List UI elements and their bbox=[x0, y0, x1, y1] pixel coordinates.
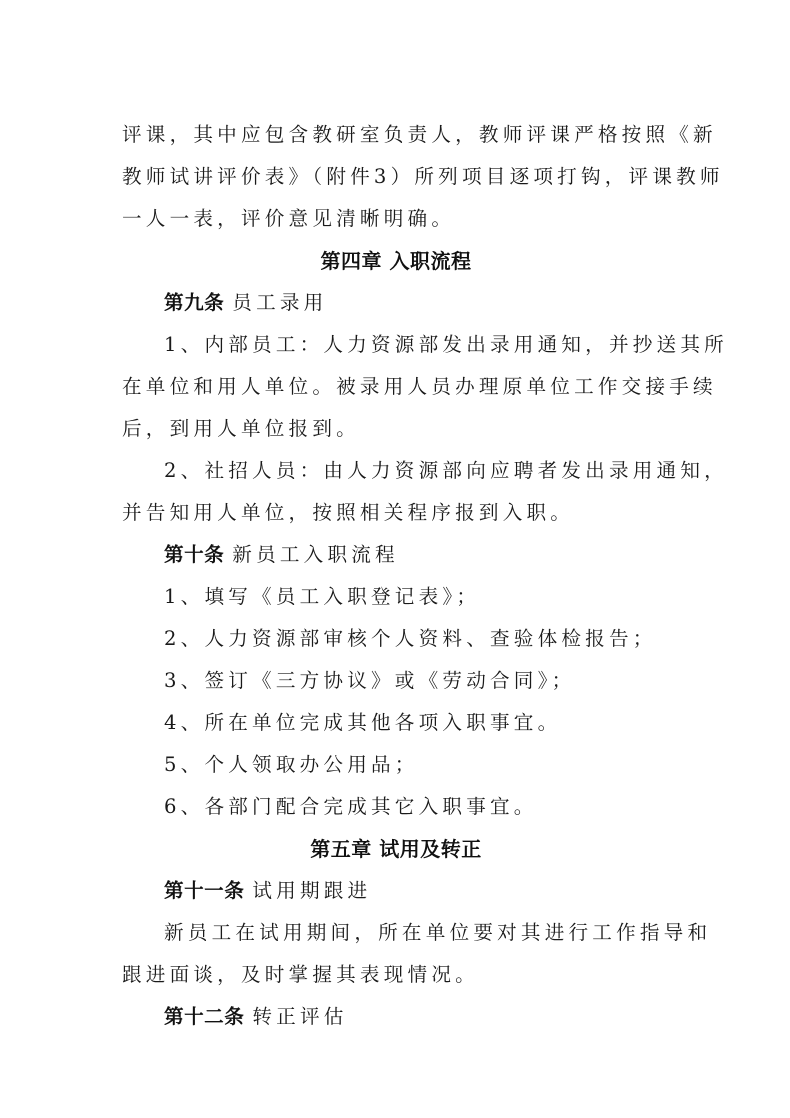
chapter-heading-5: 第五章 试用及转正 bbox=[122, 828, 670, 870]
article-number: 第九条 bbox=[164, 291, 224, 314]
article9-item2: 2、社招人员：由人力资源部向应聘者发出录用通知， 并告知用人单位，按照相关程序报… bbox=[122, 450, 670, 534]
intro-paragraph: 评课，其中应包含教研室负责人，教师评课严格按照《新 教师试讲评价表》（附件3）所… bbox=[122, 114, 670, 240]
article-number: 第十条 bbox=[164, 543, 224, 566]
list-item: 2、人力资源部审核个人资料、查验体检报告； bbox=[122, 618, 670, 660]
document-page: 评课，其中应包含教研室负责人，教师评课严格按照《新 教师试讲评价表》（附件3）所… bbox=[122, 114, 670, 1038]
text-line: 教师试讲评价表》（附件3）所列项目逐项打钩，评课教师 bbox=[122, 156, 670, 198]
article-number: 第十一条 bbox=[164, 879, 244, 902]
text-line: 新员工在试用期间，所在单位要对其进行工作指导和 bbox=[122, 912, 670, 954]
list-item: 3、签订《三方协议》或《劳动合同》； bbox=[122, 660, 670, 702]
article-heading-12: 第十二条转正评估 bbox=[122, 996, 670, 1038]
text-line: 评课，其中应包含教研室负责人，教师评课严格按照《新 bbox=[122, 114, 670, 156]
article10-list: 1、填写《员工入职登记表》； 2、人力资源部审核个人资料、查验体检报告； 3、签… bbox=[122, 576, 670, 828]
list-item: 6、各部门配合完成其它入职事宜。 bbox=[122, 786, 670, 828]
text-line: 后，到用人单位报到。 bbox=[122, 408, 670, 450]
article-number: 第十二条 bbox=[164, 1005, 244, 1028]
list-item: 5、个人领取办公用品； bbox=[122, 744, 670, 786]
article-title: 试用期跟进 bbox=[252, 879, 371, 902]
article-title: 转正评估 bbox=[252, 1005, 347, 1028]
text-line: 并告知用人单位，按照相关程序报到入职。 bbox=[122, 492, 670, 534]
article9-item1: 1、内部员工：人力资源部发出录用通知，并抄送其所 在单位和用人单位。被录用人员办… bbox=[122, 324, 670, 450]
text-line: 一人一表，评价意见清晰明确。 bbox=[122, 198, 670, 240]
article-heading-10: 第十条新员工入职流程 bbox=[122, 534, 670, 576]
list-item: 4、所在单位完成其他各项入职事宜。 bbox=[122, 702, 670, 744]
article11-body: 新员工在试用期间，所在单位要对其进行工作指导和 跟进面谈，及时掌握其表现情况。 bbox=[122, 912, 670, 996]
text-line: 跟进面谈，及时掌握其表现情况。 bbox=[122, 954, 670, 996]
article-title: 新员工入职流程 bbox=[232, 543, 399, 566]
article-title: 员工录用 bbox=[232, 291, 327, 314]
text-line: 在单位和用人单位。被录用人员办理原单位工作交接手续 bbox=[122, 366, 670, 408]
text-line: 2、社招人员：由人力资源部向应聘者发出录用通知， bbox=[122, 450, 670, 492]
list-item: 1、填写《员工入职登记表》； bbox=[122, 576, 670, 618]
article-heading-9: 第九条员工录用 bbox=[122, 282, 670, 324]
chapter-heading-4: 第四章 入职流程 bbox=[122, 240, 670, 282]
article-heading-11: 第十一条试用期跟进 bbox=[122, 870, 670, 912]
text-line: 1、内部员工：人力资源部发出录用通知，并抄送其所 bbox=[122, 324, 670, 366]
